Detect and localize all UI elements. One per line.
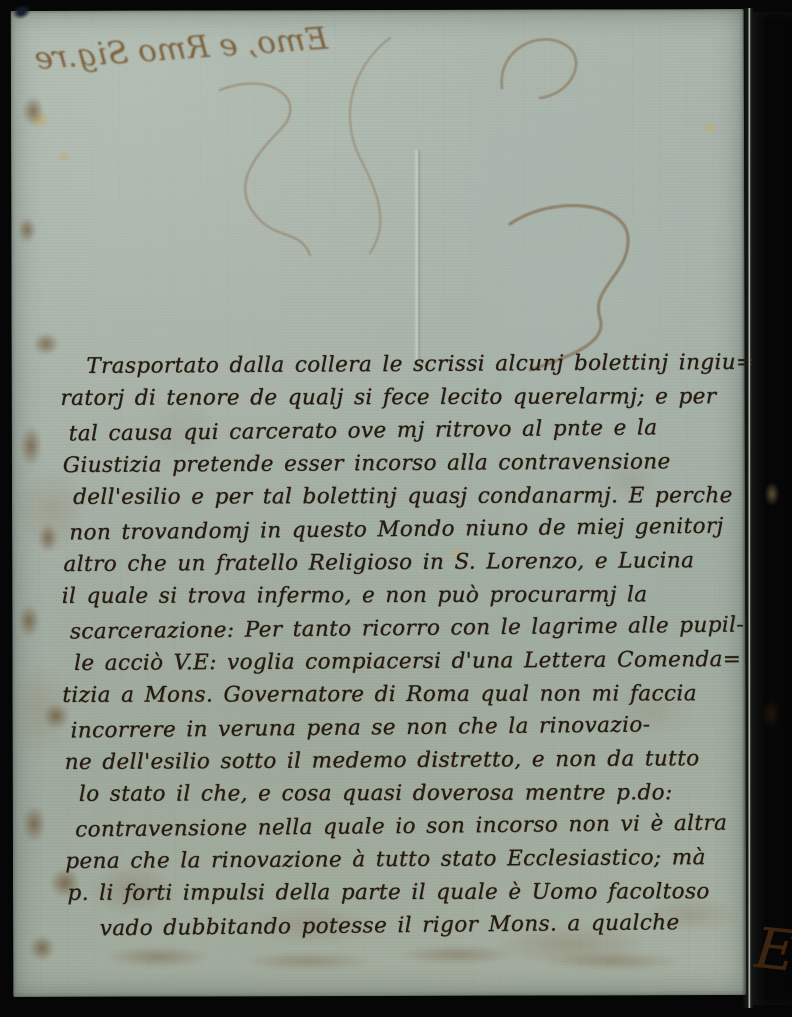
flourish-stroke — [492, 28, 592, 108]
smudge-mark — [28, 328, 64, 360]
manuscript-line: contravensione nella quale io son incors… — [75, 806, 741, 846]
show-through-band — [80, 938, 730, 980]
smudge-mark — [14, 598, 44, 644]
manuscript-line: p. li forti impulsi della parte il quale… — [67, 875, 741, 910]
stain — [56, 150, 71, 163]
manuscript-scan: Emo, e Rmo Sig.re Trasportato dalla coll… — [0, 0, 792, 1017]
smudge-mark — [34, 518, 62, 558]
flourish-stroke — [330, 28, 410, 258]
manuscript-line: tal causa qui carcerato ove mj ritrovo a… — [69, 410, 739, 450]
manuscript-line: ne dell'esilio sotto il medemo distretto… — [65, 742, 741, 779]
manuscript-line: le acciò V.E: voglia compiacersi d'una L… — [74, 643, 740, 680]
manuscript-line: incorrere in veruna pena se non che la r… — [70, 707, 740, 747]
manuscript-line: non trovandomj in questo Mondo niuno de … — [69, 509, 739, 549]
manuscript-line: Giustizia pretende esser incorso alla co… — [63, 445, 739, 482]
manuscript-line: tizia a Mons. Governatore di Roma qual n… — [62, 677, 740, 712]
smudge-mark — [18, 90, 48, 132]
smudge-mark — [14, 212, 40, 248]
stain — [762, 478, 782, 510]
manuscript-line: scarcerazione: Per tanto ricorro con le … — [70, 608, 740, 648]
smudge-mark — [18, 798, 50, 850]
manuscript-line: il quale si trova infermo, e non può pro… — [62, 578, 740, 613]
manuscript-line: lo stato il che, e cosa quasi doverosa m… — [79, 776, 741, 811]
manuscript-text-block: Trasportato dalla collera le scrissi alc… — [62, 346, 742, 944]
manuscript-line: Trasportato dalla collera le scrissi alc… — [86, 346, 738, 383]
smudge-mark — [16, 418, 46, 474]
manuscript-line: dell'esilio e per tal bolettinj quasj co… — [73, 479, 739, 514]
stain — [700, 120, 720, 136]
smudge-mark — [24, 930, 60, 966]
manuscript-line: ratorj di tenore de qualj si fece lecito… — [60, 380, 738, 415]
smudge-mark — [758, 692, 784, 736]
paper-crease — [414, 150, 421, 360]
flourish-stroke — [200, 70, 330, 260]
manuscript-line: altro che un fratello Religioso in S. Lo… — [63, 544, 739, 581]
manuscript-line: pena che la rinovazione à tutto stato Ec… — [65, 841, 741, 878]
